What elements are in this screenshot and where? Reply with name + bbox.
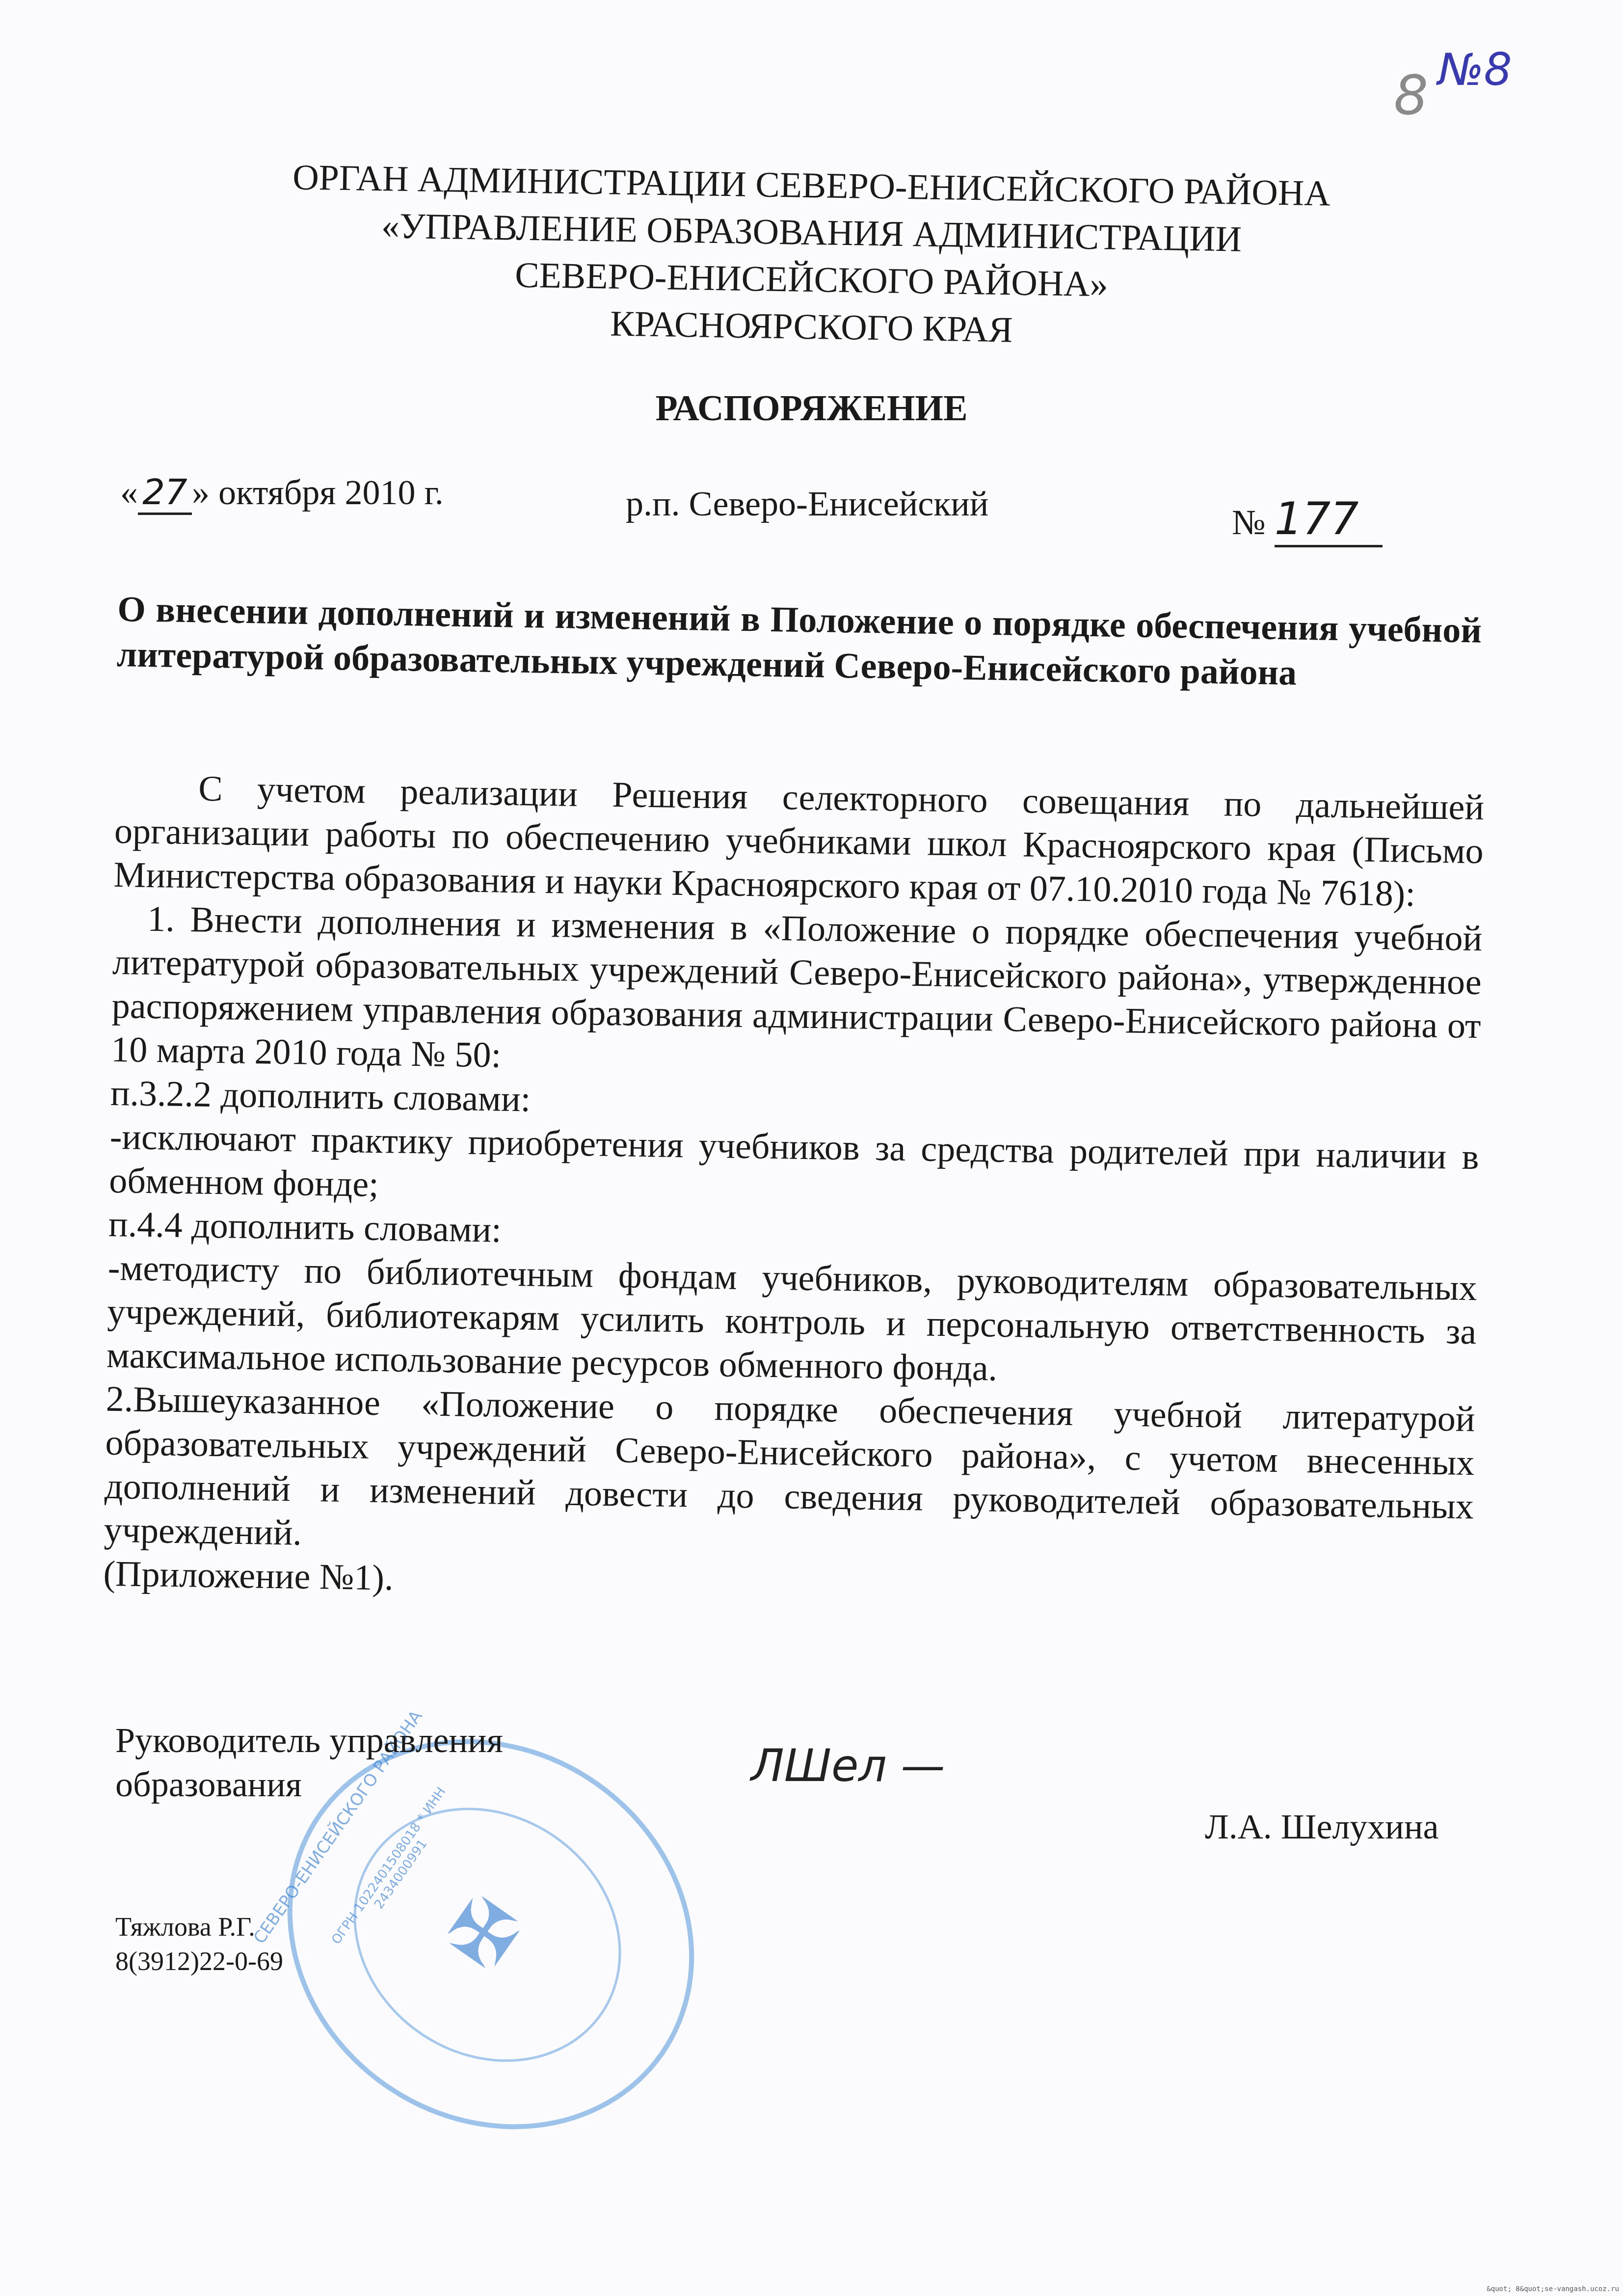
signer-position-line-1: Руководитель управления [115, 1718, 503, 1762]
document-number: № 177 [1232, 493, 1383, 547]
date-day-handwritten: 27 [138, 471, 192, 515]
handwritten-signature: ЛШел — [751, 1740, 945, 1792]
pencil-mark: 8 [1394, 64, 1428, 127]
executor-name: Тяжлова Р.Г. [115, 1910, 283, 1944]
body-paragraph-preamble: С учетом реализации Решения селекторного… [113, 766, 1485, 917]
body-paragraph-clause-44-text: -методисту по библиотечным фондам учебни… [106, 1246, 1478, 1398]
executor-contact: Тяжлова Р.Г. 8(3912)22-0-69 [115, 1910, 283, 1978]
organization-header: ОРГАН АДМИНИСТРАЦИИ СЕВЕРО-ЕНИСЕЙСКОГО Р… [0, 162, 1623, 351]
site-watermark: &quot; 8&quot;se-vangash.ucoz.ru [1487, 2285, 1619, 2293]
signer-position-line-2: образования [115, 1762, 503, 1807]
body-paragraph-item-2: 2.Вышеуказанное «Положение о порядке обе… [104, 1378, 1475, 1572]
signer-name: Л.А. Шелухина [1205, 1807, 1438, 1847]
document-date: «27» октября 2010 г. [120, 471, 444, 515]
document-subject: О внесении дополнений и изменений в Поло… [116, 587, 1482, 699]
document-type-title: РАСПОРЯЖЕНИЕ [0, 388, 1623, 430]
signer-position: Руководитель управления образования [115, 1718, 503, 1807]
executor-phone: 8(3912)22-0-69 [115, 1944, 283, 1978]
date-open-quote: « [120, 473, 138, 512]
blue-handwritten-note: №8 [1438, 44, 1512, 96]
number-label: № [1232, 503, 1266, 542]
document-place: р.п. Северо-Енисейский [626, 484, 988, 524]
date-month-year: » октября 2010 г. [192, 473, 444, 512]
body-paragraph-item-1: 1. Внести дополнения и изменения в «Поло… [111, 897, 1483, 1092]
document-body: С учетом реализации Решения селекторного… [103, 766, 1485, 1616]
number-handwritten: 177 [1275, 493, 1383, 547]
